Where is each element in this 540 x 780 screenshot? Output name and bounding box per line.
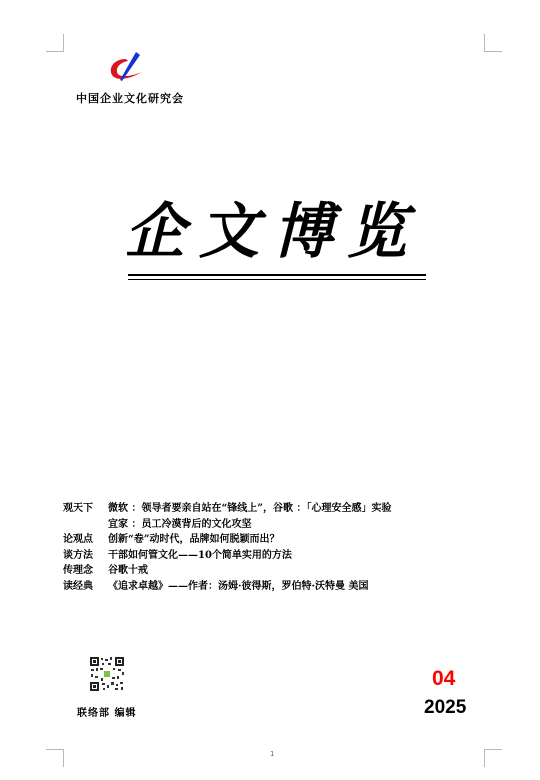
crop-mark-bottom-left	[46, 749, 64, 767]
toc-entry: 微软 ：领导者要亲自站在“锋线上”，谷歌 ：「心理安全感」实验	[108, 501, 391, 517]
crop-mark-top-right	[484, 34, 502, 52]
toc-category: 观天下	[63, 501, 108, 517]
toc-entry: 创新“卷”动时代，品牌如何脱颖而出？	[108, 532, 280, 548]
issue-number: 04	[432, 667, 455, 691]
title-underline-thin	[128, 279, 426, 280]
organization-logo-icon	[106, 50, 148, 84]
toc-category	[63, 517, 108, 533]
toc-row: 论观点 创新“卷”动时代，品牌如何脱颖而出？	[63, 532, 391, 548]
page-number: 1	[270, 750, 274, 758]
toc-entry: 谷歌十戒	[108, 563, 148, 579]
toc-entry: 《追求卓越》——作者：汤姆·彼得斯，罗伯特·沃特曼 美国	[108, 579, 368, 595]
publication-title: 企文博览	[125, 192, 425, 272]
editing-department: 联络部 编辑	[77, 704, 136, 719]
table-of-contents: 观天下 微软 ：领导者要亲自站在“锋线上”，谷歌 ：「心理安全感」实验 宜家 ：…	[63, 501, 391, 594]
title-underline-thick	[128, 274, 426, 276]
toc-category: 传理念	[63, 563, 108, 579]
toc-row: 观天下 微软 ：领导者要亲自站在“锋线上”，谷歌 ：「心理安全感」实验	[63, 501, 391, 517]
toc-category: 谈方法	[63, 548, 108, 564]
toc-entry: 干部如何管文化——10个简单实用的方法	[108, 548, 292, 564]
toc-entry: 宜家 ：员工冷漠背后的文化攻坚	[108, 517, 251, 533]
issue-year: 2025	[424, 697, 466, 719]
toc-category: 读经典	[63, 579, 108, 595]
organization-name: 中国企业文化研究会	[76, 90, 184, 106]
crop-mark-bottom-right	[484, 749, 502, 767]
crop-mark-top-left	[46, 34, 64, 52]
toc-row: 传理念 谷歌十戒	[63, 563, 391, 579]
toc-row: 宜家 ：员工冷漠背后的文化攻坚	[63, 517, 391, 533]
toc-category: 论观点	[63, 532, 108, 548]
qr-code-icon	[89, 656, 125, 692]
toc-row: 谈方法 干部如何管文化——10个简单实用的方法	[63, 548, 391, 564]
toc-row: 读经典 《追求卓越》——作者：汤姆·彼得斯，罗伯特·沃特曼 美国	[63, 579, 391, 595]
